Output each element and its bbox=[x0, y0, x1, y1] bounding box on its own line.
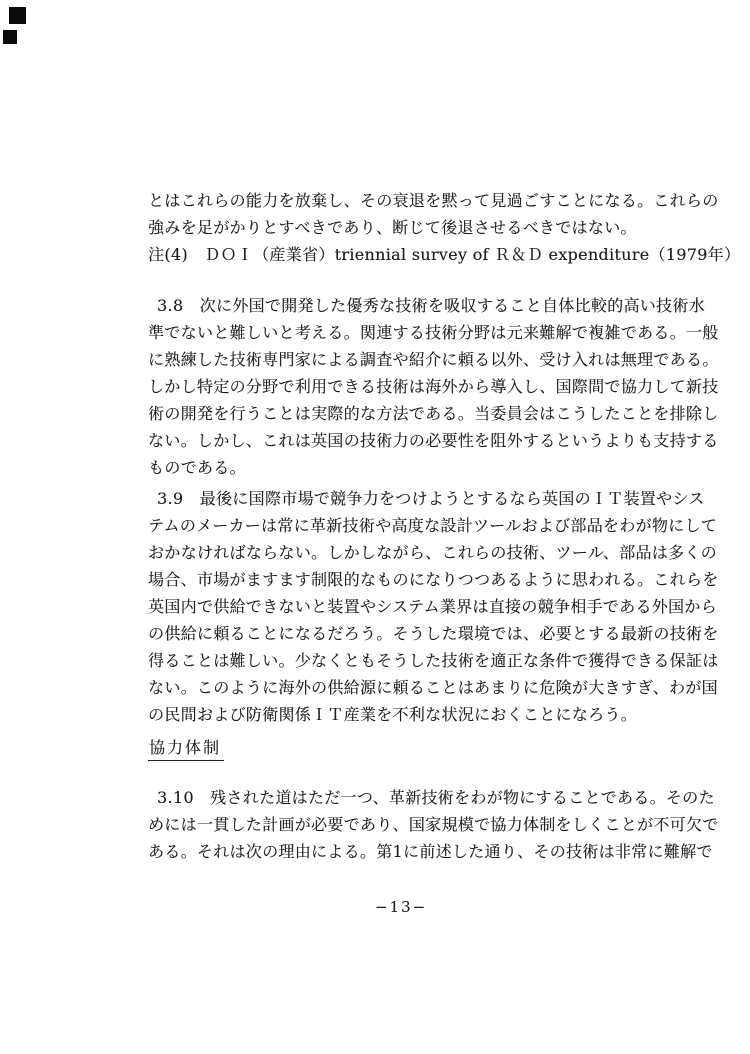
section-heading-block: 協力体制 bbox=[148, 735, 720, 761]
text-line: ない。このように海外の供給源に頼ることはあまりに危険が大きすぎ、わが国 bbox=[148, 674, 720, 701]
text-line: めには一貫した計画が必要であり、国家規模で協力体制をしくことが不可欠で bbox=[148, 811, 720, 838]
text-line: 場合、市場がますます制限的なものになりつつあるように思われる。これらを bbox=[148, 566, 720, 593]
text-line: しかし特定の分野で利用できる技術は海外から導入し、国際間で協力して新技 bbox=[148, 373, 720, 400]
text-line: の供給に頼ることになるだろう。そうした環境では、必要とする最新の技術を bbox=[148, 620, 720, 647]
text-line: に熟練した技術専門家による調査や紹介に頼る以外、受け入れは無理である。 bbox=[148, 346, 720, 373]
paragraph-3-10: 3.10 残された道はただ一つ、革新技術をわが物にすることである。そのた めには… bbox=[148, 784, 720, 865]
text-line: とはこれらの能力を放棄し、その衰退を黙って見過ごすことになる。これらの bbox=[148, 187, 720, 214]
text-line: ない。しかし、これは英国の技術力の必要性を阻外するというよりも支持する bbox=[148, 427, 720, 454]
page-number: −13− bbox=[0, 897, 750, 916]
text-line: 準でないと難しいと考える。関連する技術分野は元来難解で複雑である。一般 bbox=[148, 319, 720, 346]
text-line: おかなければならない。しかしながら、これらの技術、ツール、部品は多くの bbox=[148, 539, 720, 566]
scan-registration-mark bbox=[9, 7, 26, 24]
paragraph-continuation: とはこれらの能力を放棄し、その衰退を黙って見過ごすことになる。これらの 強みを足… bbox=[148, 187, 720, 268]
paragraph-3-9: 3.9 最後に国際市場で競争力をつけようとするなら英国のＩＴ装置やシス テムのメ… bbox=[148, 485, 720, 728]
text-line: 3.8 次に外国で開発した優秀な技術を吸収すること自体比較的高い技術水 bbox=[148, 292, 720, 319]
section-heading-cooperation: 協力体制 bbox=[148, 735, 224, 761]
page-number-label: −13− bbox=[375, 898, 427, 916]
text-line: 強みを足がかりとすべきであり、断じて後退させるべきではない。 bbox=[148, 214, 720, 241]
text-line: の民間および防衛関係ＩＴ産業を不利な状況におくことになろう。 bbox=[148, 701, 720, 728]
text-line: 3.10 残された道はただ一つ、革新技術をわが物にすることである。そのた bbox=[148, 784, 720, 811]
text-line: 英国内で供給できないと装置やシステム業界は直接の競争相手である外国から bbox=[148, 593, 720, 620]
text-line: 得ることは難しい。少なくともそうした技術を適正な条件で獲得できる保証は bbox=[148, 647, 720, 674]
text-line: 3.9 最後に国際市場で競争力をつけようとするなら英国のＩＴ装置やシス bbox=[148, 485, 720, 512]
text-line: ものである。 bbox=[148, 454, 720, 481]
paragraph-3-8: 3.8 次に外国で開発した優秀な技術を吸収すること自体比較的高い技術水 準でない… bbox=[148, 292, 720, 481]
text-line: テムのメーカーは常に革新技術や高度な設計ツールおよび部品をわが物にして bbox=[148, 512, 720, 539]
text-line: 術の開発を行うことは実際的な方法である。当委員会はこうしたことを排除し bbox=[148, 400, 720, 427]
scanned-document-page: とはこれらの能力を放棄し、その衰退を黙って見過ごすことになる。これらの 強みを足… bbox=[0, 0, 750, 1054]
footnote-line: 注(4) ＤＯＩ（産業省）triennial survey of Ｒ＆Ｄ exp… bbox=[148, 241, 720, 268]
text-line: ある。それは次の理由による。第1に前述した通り、その技術は非常に難解で bbox=[148, 838, 720, 865]
scan-registration-mark bbox=[3, 30, 17, 44]
